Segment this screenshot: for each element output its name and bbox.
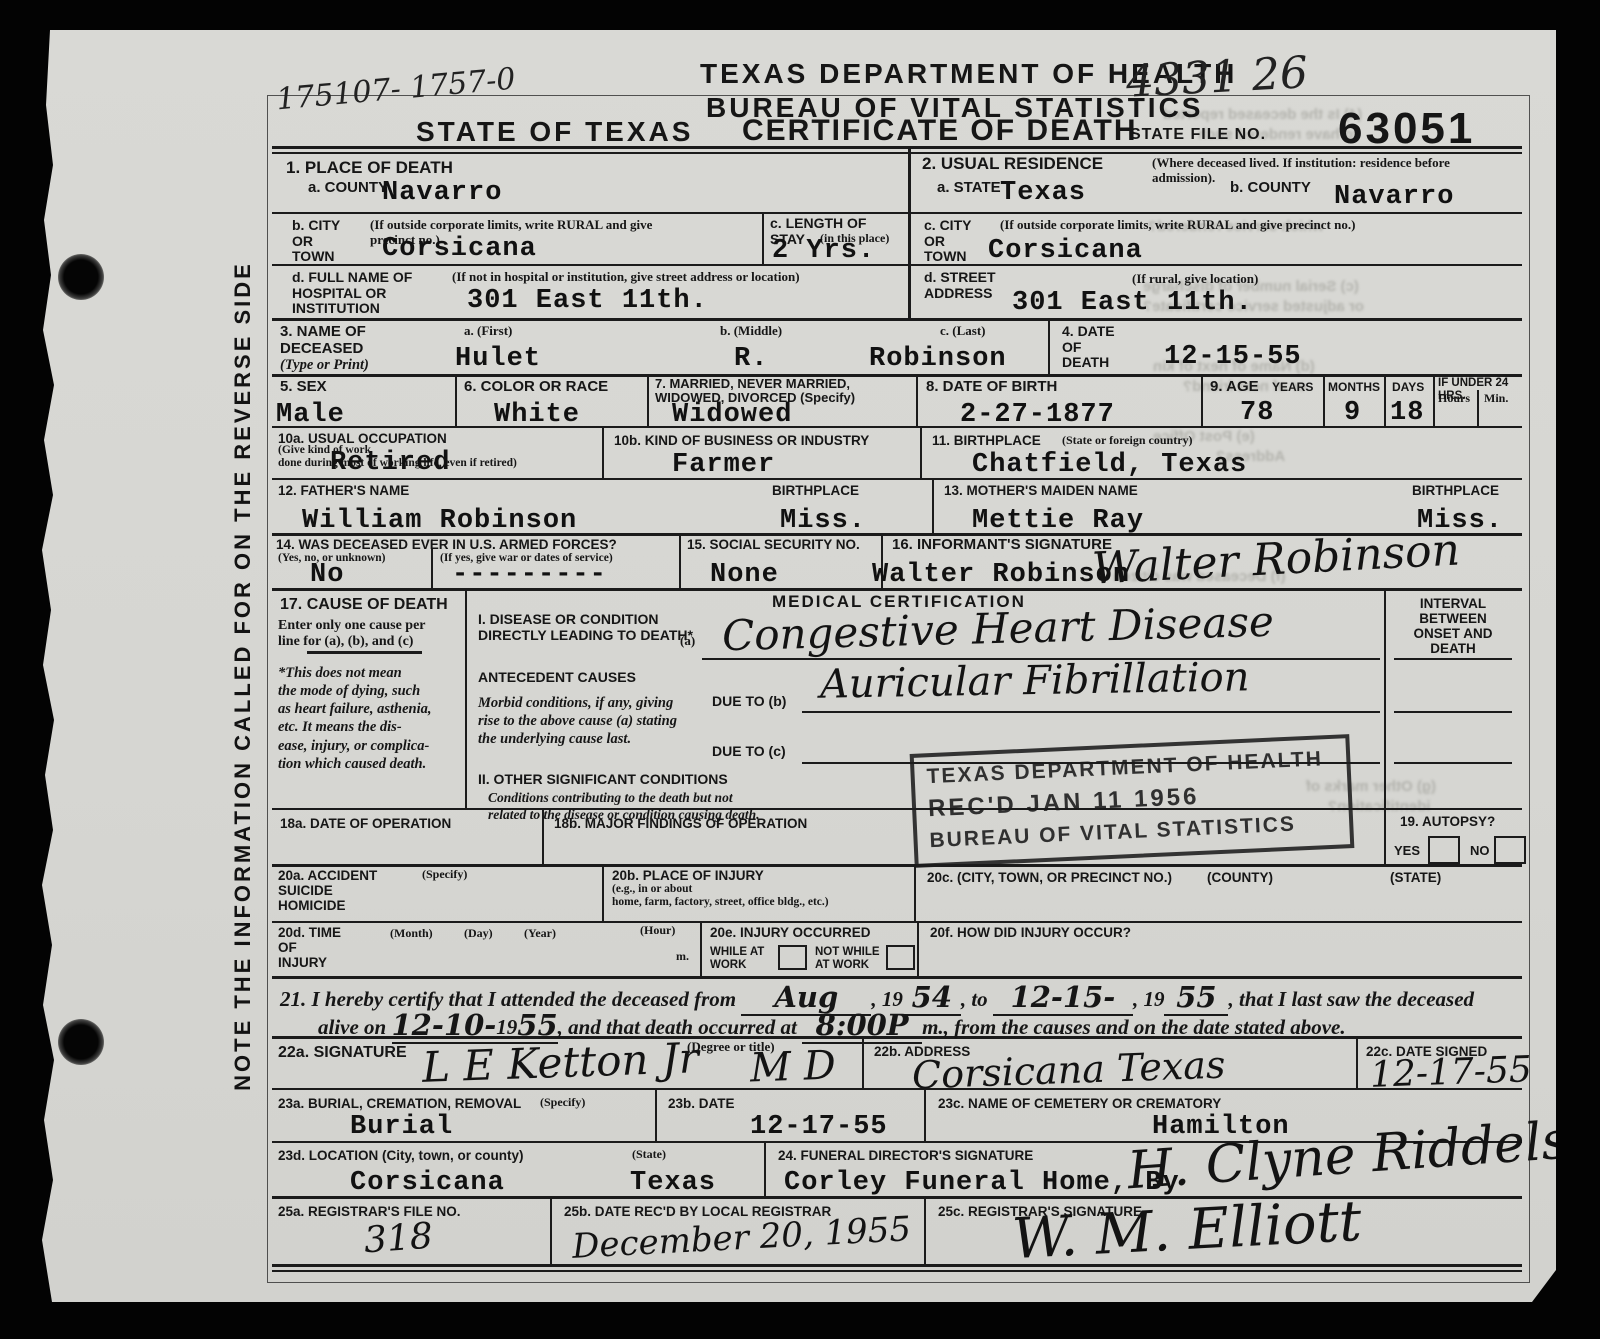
residence-city-hint: (If outside corporate limits, write RURA…	[1000, 218, 1480, 233]
residence-city-label: c. CITY OR TOWN	[924, 218, 971, 265]
divider	[920, 426, 922, 478]
last-seen-year-handwritten: 55	[517, 1008, 557, 1042]
father-birthplace-value: Miss.	[780, 506, 866, 536]
birthplace-label: 11. BIRTHPLACE	[932, 433, 1041, 448]
certificate-title: CERTIFICATE OF DEATH	[742, 114, 1138, 148]
middle-name-value: R.	[734, 344, 768, 374]
date-of-death-label: 4. DATE OF DEATH	[1062, 324, 1115, 371]
county-value: Navarro	[382, 178, 502, 208]
not-while-at-work-label: NOT WHILE AT WORK	[815, 946, 880, 971]
while-at-work-checkbox	[778, 945, 807, 970]
physician-signature-label: 22a. SIGNATURE	[278, 1044, 407, 1062]
sex-label: 5. SEX	[280, 379, 327, 396]
age-months-label: MONTHS	[1328, 381, 1380, 394]
hospital-hint: (If not in hospital or institution, give…	[452, 270, 800, 285]
mother-name-value: Mettie Ray	[972, 506, 1144, 536]
age-days-value: 18	[1390, 398, 1424, 428]
due-to-b-label: DUE TO (b)	[712, 694, 786, 710]
divider	[602, 426, 604, 478]
street-address-label: d. STREET ADDRESS	[924, 270, 996, 301]
disease-condition-label1: I. DISEASE OR CONDITION	[478, 612, 658, 628]
time-of-injury-label: 20d. TIME OF INJURY	[278, 925, 341, 970]
divider	[272, 1270, 1522, 1272]
min-label: Min.	[1484, 392, 1508, 406]
armed-forces-value: No	[310, 560, 344, 590]
divider	[272, 921, 1522, 923]
divider	[917, 921, 919, 976]
date-of-operation-label: 18a. DATE OF OPERATION	[280, 816, 451, 831]
divider	[647, 374, 649, 426]
autopsy-no-checkbox	[1494, 836, 1526, 864]
name-of-deceased-label: 3. NAME OF DECEASED	[280, 324, 366, 358]
burial-date-value: 12-17-55	[750, 1112, 888, 1142]
residence-state-value: Texas	[1000, 178, 1086, 208]
occupation-value: Retired	[330, 448, 450, 478]
divider	[272, 318, 1522, 321]
age-years-value: 78	[1240, 398, 1274, 428]
marital-status-value: Widowed	[672, 400, 792, 430]
divider	[272, 426, 1522, 428]
divider	[1384, 374, 1386, 426]
certify-statement-line2: alive on 12-10-1955, and that death occu…	[318, 1010, 1518, 1044]
interval-label: INTERVAL BETWEEN ONSET AND DEATH	[1392, 596, 1514, 656]
street-address-value: 301 East 11th.	[1012, 288, 1253, 318]
burial-location-state-hint: (State)	[632, 1148, 666, 1162]
injury-occurred-label: 20e. INJURY OCCURRED	[710, 925, 871, 940]
divider	[272, 976, 1522, 979]
injury-state-label: (STATE)	[1390, 870, 1441, 885]
type-or-print-hint: (Type or Print)	[280, 356, 369, 374]
last-seen-handwritten: 12-10-	[392, 1008, 497, 1042]
divider	[1433, 374, 1435, 426]
divider	[272, 152, 1522, 154]
first-name-value: Hulet	[455, 344, 541, 374]
armed-forces-label: 14. WAS DECEASED EVER IN U.S. ARMED FORC…	[276, 537, 617, 552]
divider	[431, 548, 433, 588]
death-time-handwritten: 8:00P	[816, 1008, 909, 1042]
from-year-handwritten: 54	[912, 980, 952, 1014]
divider	[1323, 374, 1325, 426]
age-months-value: 9	[1344, 398, 1361, 428]
date-of-death-value: 12-15-55	[1164, 342, 1302, 372]
divider	[465, 588, 467, 808]
accident-hint: (Specify)	[422, 868, 467, 882]
funeral-director-label: 24. FUNERAL DIRECTOR'S SIGNATURE	[778, 1148, 1033, 1163]
age-years-label: YEARS	[1272, 381, 1313, 394]
certify-text: 21. I hereby certify that I attended the…	[280, 987, 736, 1011]
injury-month-hint: (Month)	[390, 927, 433, 941]
burial-date-label: 23b. DATE	[668, 1096, 735, 1111]
cause-note1: Enter only one cause per line for (a), (…	[278, 618, 426, 650]
date-of-birth-label: 8. DATE OF BIRTH	[926, 379, 1057, 396]
punch-hole-bottom	[58, 1019, 104, 1065]
while-at-work-label: WHILE AT WORK	[710, 946, 764, 971]
note-rule	[307, 651, 422, 654]
burial-hint: (Specify)	[540, 1096, 585, 1110]
interval-line	[1394, 762, 1512, 764]
father-name-value: William Robinson	[302, 506, 577, 536]
divider	[272, 146, 1522, 149]
interval-line	[1394, 658, 1512, 660]
antecedent-causes-hint: Morbid conditions, if any, giving rise t…	[478, 694, 677, 748]
cause-note2: *This does not mean the mode of dying, s…	[278, 664, 431, 773]
divider	[764, 1141, 766, 1196]
ssn-value: None	[710, 560, 779, 590]
divider	[924, 1196, 926, 1264]
date-of-birth-value: 2-27-1877	[960, 400, 1115, 430]
age-label: 9. AGE	[1210, 379, 1259, 396]
divider	[1384, 808, 1386, 864]
punch-hole-top	[58, 254, 104, 300]
county-label: a. COUNTY	[308, 180, 388, 197]
divider	[914, 864, 916, 921]
death-time-entry: 8:00P	[802, 1010, 922, 1044]
length-of-stay-value: 2 Yrs.	[772, 236, 875, 266]
autopsy-no-label: NO	[1470, 844, 1490, 858]
certify-text: 19	[496, 1015, 517, 1039]
received-stamp: TEXAS DEPARTMENT OF HEALTH REC'D JAN 11 …	[910, 734, 1355, 868]
not-while-at-work-checkbox	[886, 945, 915, 970]
divider	[1201, 374, 1203, 426]
injury-city-label: 20c. (CITY, TOWN, OR PRECINCT NO.)	[927, 870, 1172, 885]
state-of-texas-label: STATE OF TEXAS	[416, 116, 693, 148]
date-signed-script: 12-17-55	[1369, 1049, 1532, 1096]
race-value: White	[494, 400, 580, 430]
father-name-label: 12. FATHER'S NAME	[278, 483, 409, 498]
place-of-injury-hint: (e.g., in or about home, farm, factory, …	[612, 883, 892, 909]
autopsy-label: 19. AUTOPSY?	[1400, 814, 1495, 829]
residence-county-value: Navarro	[1334, 182, 1454, 212]
divider	[1384, 588, 1386, 808]
registrar-signature-script: W. M. Elliott	[1011, 1189, 1364, 1272]
handwritten-number-top-right: 4331 26	[1125, 47, 1309, 107]
entry-line-b	[802, 711, 1380, 713]
state-file-no-label: STATE FILE NO.	[1130, 126, 1266, 144]
place-of-injury-label: 20b. PLACE OF INJURY	[612, 868, 764, 883]
father-birthplace-label: BIRTHPLACE	[772, 483, 859, 498]
funeral-home-typed-value: Corley Funeral Home, By	[784, 1168, 1180, 1198]
injury-year-hint: (Year)	[524, 927, 556, 941]
place-of-death-label: 1. PLACE OF DEATH	[286, 158, 453, 177]
registrar-file-no-value: 318	[363, 1216, 434, 1262]
injury-county-label: (COUNTY)	[1207, 870, 1273, 885]
other-significant-conditions-label: II. OTHER SIGNIFICANT CONDITIONS	[478, 772, 728, 788]
major-findings-label: 18b. MAJOR FINDINGS OF OPERATION	[554, 816, 807, 831]
registrar-file-no-label: 25a. REGISTRAR'S FILE NO.	[278, 1204, 461, 1219]
burial-label: 23a. BURIAL, CREMATION, REMOVAL	[278, 1096, 521, 1111]
divider	[1048, 318, 1050, 374]
street-address-hint: (If rural, give location)	[1132, 272, 1258, 287]
divider	[272, 264, 1522, 266]
industry-label: 10b. KIND OF BUSINESS OR INDUSTRY	[614, 433, 869, 448]
middle-name-hint: b. (Middle)	[720, 324, 782, 339]
residence-city-value: Corsicana	[988, 236, 1143, 266]
hospital-value: 301 East 11th.	[467, 286, 708, 316]
certify-text: , to	[961, 987, 988, 1011]
divider	[550, 1196, 552, 1264]
first-name-hint: a. (First)	[464, 324, 512, 339]
antecedent-causes-label: ANTECEDENT CAUSES	[478, 670, 636, 686]
age-days-label: DAYS	[1392, 381, 1424, 394]
last-name-value: Robinson	[869, 344, 1007, 374]
residence-state-label: a. STATE	[937, 180, 1001, 197]
divider	[762, 212, 764, 266]
mother-name-label: 13. MOTHER'S MAIDEN NAME	[944, 483, 1138, 498]
burial-city-value: Corsicana	[350, 1168, 505, 1198]
injury-hour-hint: (Hour)	[640, 924, 675, 938]
certify-text: alive on	[318, 1015, 386, 1039]
burial-state-value: Texas	[630, 1168, 716, 1198]
divider	[455, 374, 457, 426]
cause-b-handwritten: Auricular Fibrillation	[820, 654, 1250, 707]
armed-forces-dates-value: ---------	[452, 560, 607, 590]
autopsy-yes-label: YES	[1394, 844, 1420, 858]
informant-label: 16. INFORMANT'S SIGNATURE	[892, 537, 1112, 554]
birthplace-hint: (State or foreign country)	[1062, 434, 1193, 448]
hours-label: Hours	[1438, 392, 1470, 406]
divider	[602, 864, 604, 921]
attended-to-handwritten: 12-15-	[1011, 980, 1116, 1014]
cause-a-tag: (a)	[680, 634, 695, 649]
birthplace-value: Chatfield, Texas	[972, 450, 1247, 480]
ssn-label: 15. SOCIAL SECURITY NO.	[687, 537, 860, 552]
certify-text: m., from the causes and on the date stat…	[922, 1015, 1346, 1039]
divider	[272, 1264, 1522, 1267]
residence-county-label: b. COUNTY	[1230, 180, 1311, 197]
accident-suicide-homicide-label: 20a. ACCIDENT SUICIDE HOMICIDE	[278, 868, 377, 913]
cemetery-label: 23c. NAME OF CEMETERY OR CREMATORY	[938, 1096, 1221, 1111]
divider	[700, 921, 702, 976]
race-label: 6. COLOR OR RACE	[464, 379, 608, 396]
scanned-death-certificate: { "header": { "scrawl_left": "175107- 17…	[0, 0, 1600, 1339]
injury-m-hint: m.	[676, 950, 689, 964]
sex-value: Male	[276, 400, 345, 430]
certificate-form: 1. PLACE OF DEATH a. COUNTY Navarro b. C…	[272, 146, 1522, 1274]
divider	[655, 1088, 657, 1141]
divider	[272, 212, 1522, 214]
to-year-handwritten: 55	[1176, 980, 1216, 1014]
divider	[916, 374, 918, 426]
divider	[272, 374, 1522, 377]
autopsy-yes-checkbox	[1428, 836, 1460, 864]
reverse-side-note: NOTE THE INFORMATION CALLED FOR ON THE R…	[230, 261, 256, 1091]
certify-text: , 19	[1133, 987, 1165, 1011]
divider	[679, 533, 681, 588]
burial-location-label: 23d. LOCATION (City, town, or county)	[278, 1148, 524, 1163]
divider	[932, 478, 934, 533]
city-value: Corsicana	[382, 234, 537, 264]
interval-line	[1394, 711, 1512, 713]
usual-residence-label: 2. USUAL RESIDENCE	[922, 154, 1103, 173]
industry-value: Farmer	[672, 450, 775, 480]
city-label: b. CITY OR TOWN	[292, 218, 340, 265]
divider	[272, 478, 1522, 480]
certify-text: , that I last saw the deceased	[1228, 987, 1474, 1011]
due-to-c-label: DUE TO (c)	[712, 744, 786, 760]
mother-birthplace-label: BIRTHPLACE	[1412, 483, 1499, 498]
burial-value: Burial	[350, 1112, 453, 1142]
hospital-label: d. FULL NAME OF HOSPITAL OR INSTITUTION	[292, 270, 412, 317]
disease-condition-label2: DIRECTLY LEADING TO DEATH*	[478, 628, 693, 644]
physician-degree-script: M D	[749, 1043, 836, 1092]
how-did-injury-occur-label: 20f. HOW DID INJURY OCCUR?	[930, 925, 1131, 940]
cause-of-death-label: 17. CAUSE OF DEATH	[280, 596, 448, 614]
injury-day-hint: (Day)	[464, 927, 493, 941]
last-name-hint: c. (Last)	[940, 324, 986, 339]
certificate-paper: (4) Is the deceased reported to have ren…	[38, 30, 1556, 1302]
physician-signature-script: L E Ketton Jr	[421, 1033, 699, 1092]
divider	[908, 146, 911, 318]
